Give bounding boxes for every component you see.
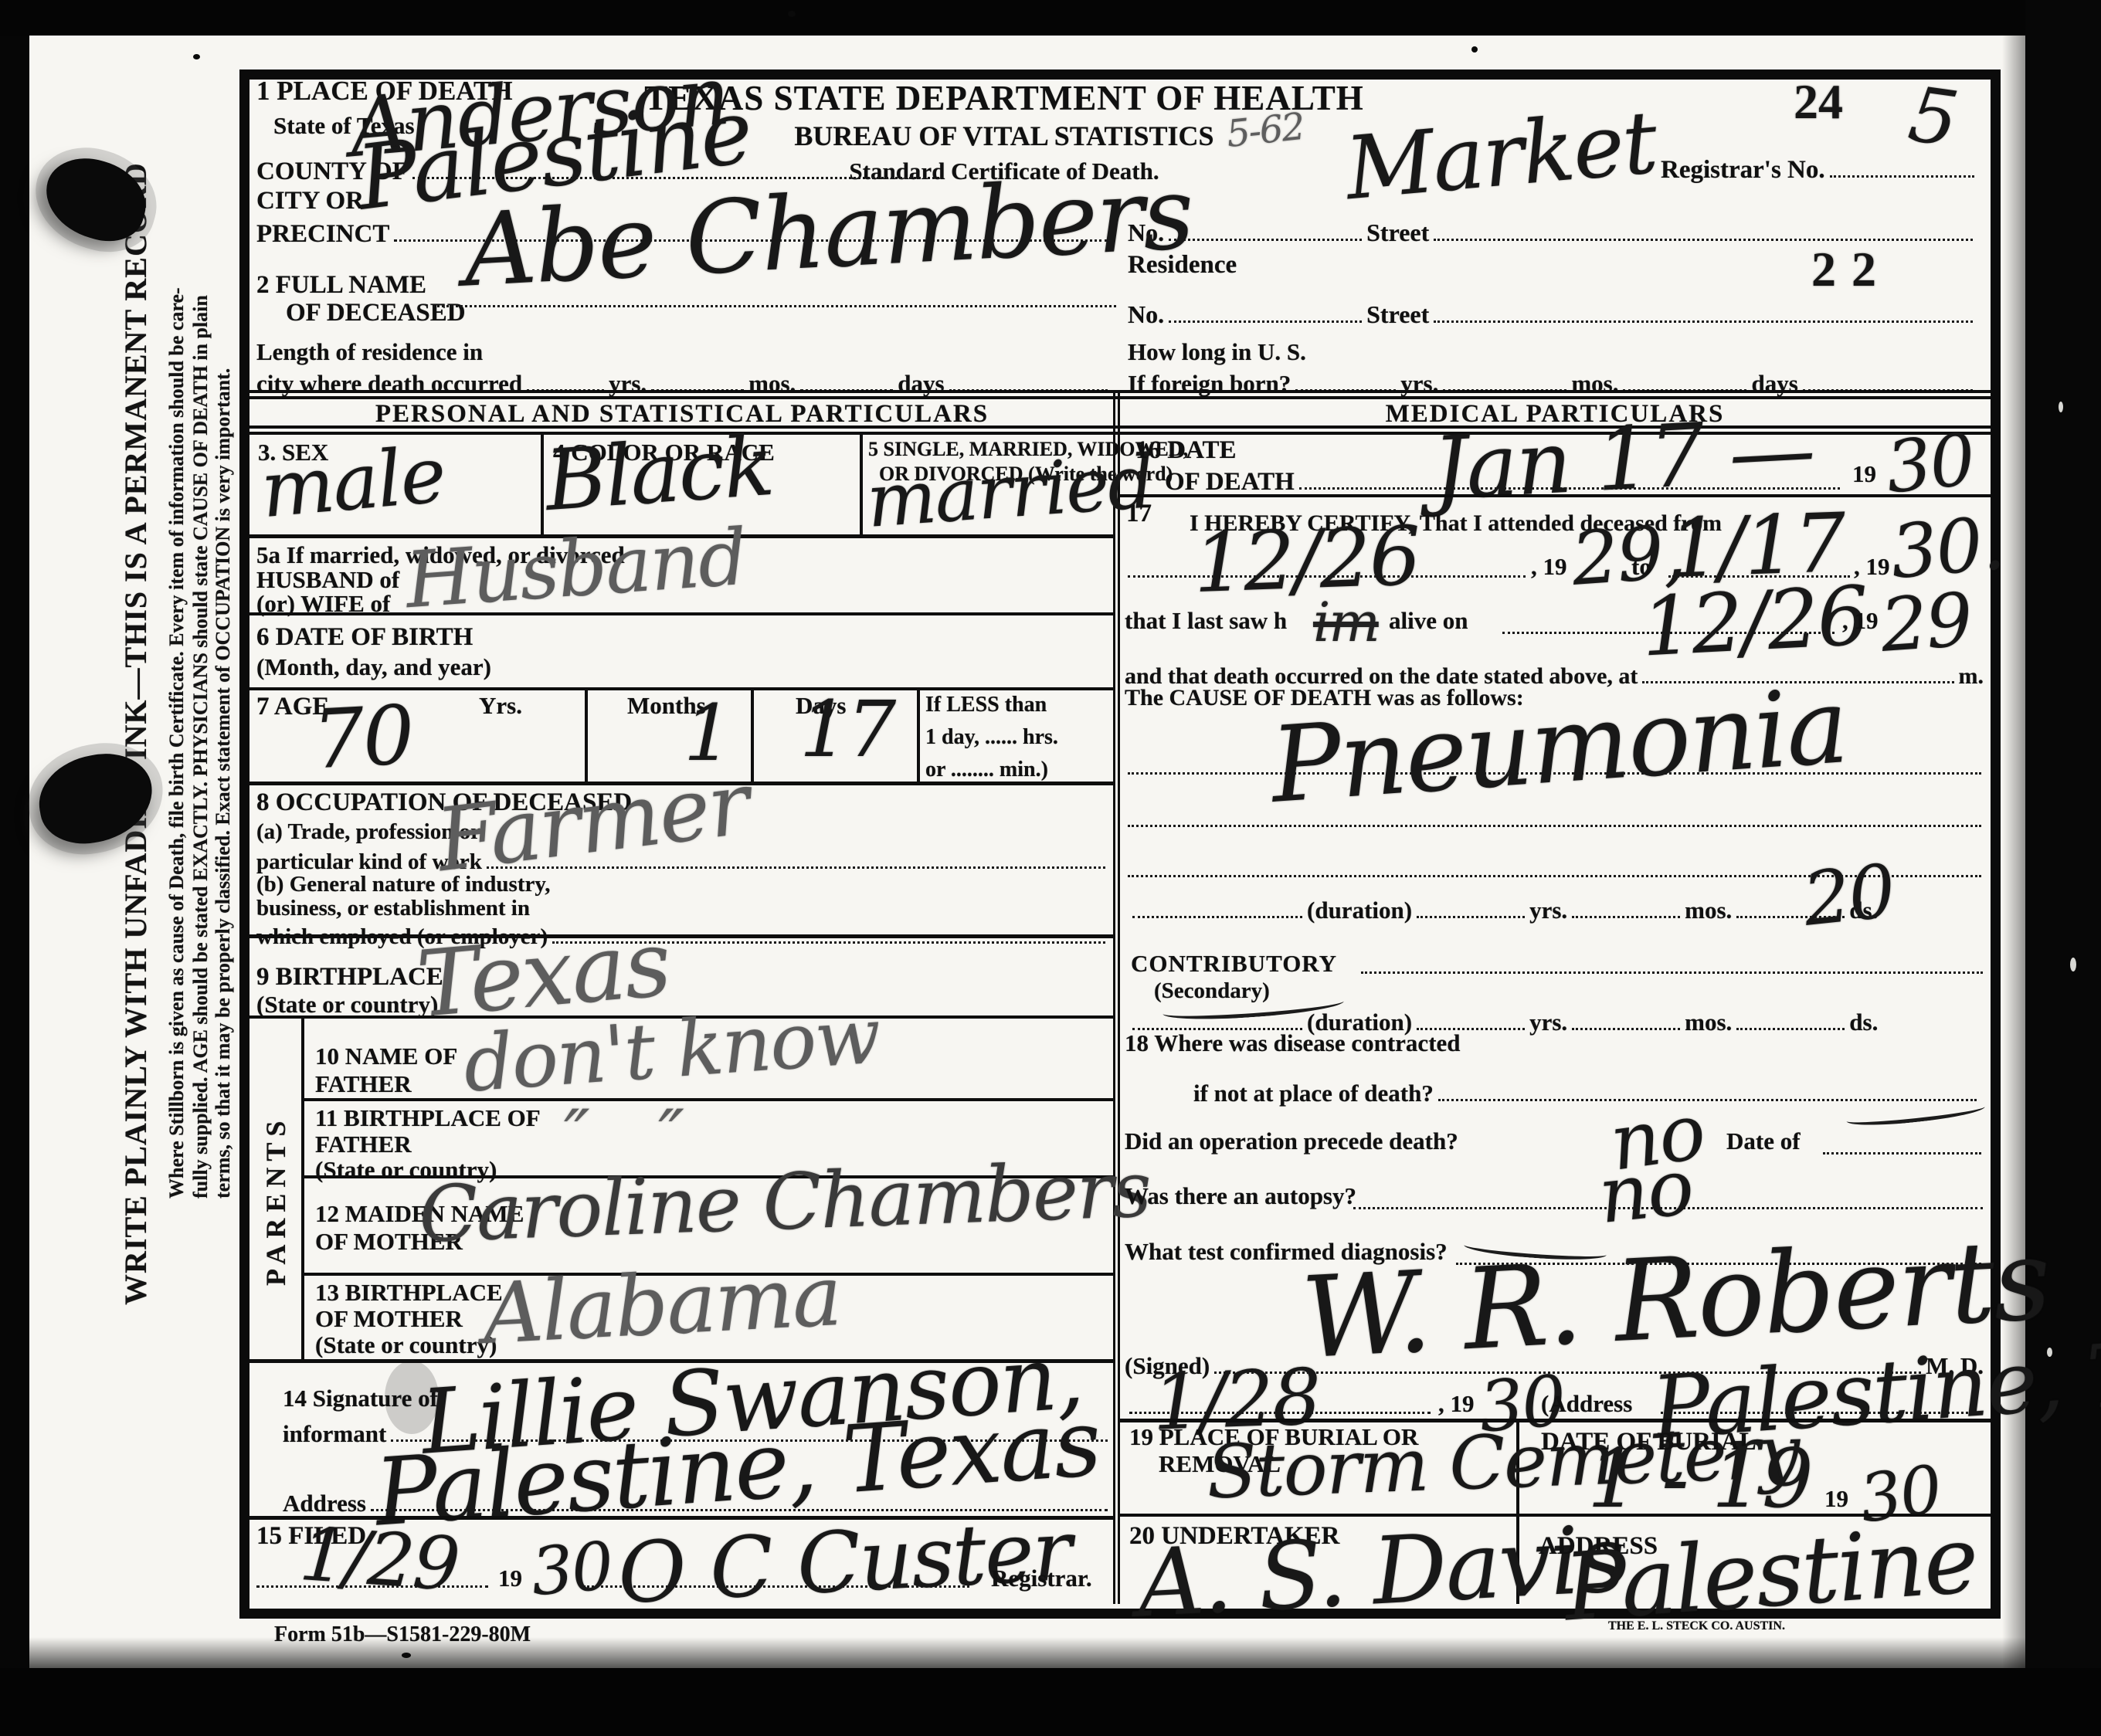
mother-birthplace-label-2: OF MOTHER (315, 1307, 463, 1332)
hl-line-c (1623, 365, 1746, 392)
length-residence-label-1: Length of residence in (256, 340, 483, 365)
duration2-yrs-label: yrs. (1529, 1009, 1567, 1036)
lr-line-d (949, 365, 1108, 392)
hl-mos-label: mos. (1571, 370, 1618, 398)
duration2-line-b (1417, 1004, 1525, 1030)
autopsy-label: Was there an autopsy? (1125, 1184, 1356, 1209)
burial-year-prefix: 19 (1824, 1487, 1848, 1512)
mother-name-value: Caroline Chambers (418, 1155, 1152, 1249)
registrar-label: Registrar. (991, 1566, 1092, 1592)
informant-label-2: informant (283, 1420, 386, 1448)
father-name-label-2: FATHER (315, 1072, 412, 1097)
age-less-label-3: or ........ min.) (925, 758, 1048, 781)
parents-label: PARENTS (260, 1115, 292, 1286)
date-of-death-label-1: 16 DATE (1135, 437, 1237, 464)
form-number: Form 51b—S1581-229-80M (274, 1623, 531, 1646)
lastsaw-him-scribble: im (1313, 598, 1379, 647)
mother-birthplace-label-1: 13 BIRTHPLACE (315, 1280, 503, 1306)
hl-line-a (1295, 365, 1396, 392)
marital-value: married (864, 449, 1155, 535)
speck (2047, 1348, 2052, 1357)
rule (1119, 494, 1991, 497)
printer-credit: THE E. L. STECK CO. AUSTIN. (1608, 1620, 1785, 1633)
address-paren-label: (Address (1541, 1392, 1632, 1417)
birthplace-label-2: (State or country) (256, 992, 438, 1018)
autopsy-value: no (1596, 1152, 1695, 1231)
filed-line-1 (256, 1585, 488, 1588)
rule (249, 934, 1115, 938)
street-label-2: Street (1366, 300, 1429, 329)
rule (304, 1098, 1115, 1101)
lastsaw-value: 12/26 (1640, 579, 1869, 664)
cell-divider (751, 690, 754, 782)
to-label: to (1631, 554, 1651, 580)
scan-bar-bottom (0, 1668, 2101, 1736)
margin-instruction-bold: WRITE PLAINLY WITH UNFADING INK—THIS IS … (117, 162, 154, 1305)
duration-line-a (1132, 892, 1302, 918)
duration2-line-c (1572, 1004, 1680, 1030)
father-name-label-1: 10 NAME OF (315, 1044, 457, 1070)
husband-label-2: HUSBAND of (256, 568, 399, 593)
cell-divider (917, 690, 920, 782)
no-label-2: No. (1128, 300, 1164, 329)
date-of-death-label-2: OF DEATH (1165, 468, 1295, 497)
mother-birthplace-label-3: (State or country) (315, 1333, 497, 1358)
ifnot-line (1438, 1075, 1977, 1101)
ifnot-label: if not at place of death? (1193, 1080, 1434, 1107)
m-label: m. (1959, 663, 1984, 690)
informant-label-1: 14 Signature of (283, 1386, 438, 1412)
father-birthplace-label-2: FATHER (315, 1132, 412, 1158)
cause-line-1 (1128, 772, 1981, 775)
cell-divider (860, 435, 863, 534)
hl-line-d (1803, 365, 1973, 392)
age-value: 70 (311, 699, 415, 777)
dod-year-value: 30 (1883, 428, 1977, 500)
lastsaw-year-prefix: , 19 (1842, 609, 1879, 634)
where-contracted-label: 18 Where was disease contracted (1125, 1031, 1461, 1056)
speck (402, 1653, 411, 1658)
column-divider (1113, 390, 1115, 1604)
registrar-no-stamp: 24 (1794, 73, 1843, 131)
contributory-line (1361, 971, 1983, 974)
fullname-label-1: 2 FULL NAME (256, 272, 426, 299)
street-value: Market (1342, 104, 1658, 209)
duration2-line-d (1736, 1004, 1845, 1030)
cell-divider (585, 690, 588, 782)
parents-divider (301, 1015, 304, 1359)
street-label-1: Street (1366, 219, 1429, 247)
attended-from-line (1128, 575, 1526, 578)
scanned-death-certificate: WRITE PLAINLY WITH UNFADING INK—THIS IS … (0, 0, 2101, 1736)
scan-bar-right (2025, 0, 2101, 1736)
duration2-mos-label: mos. (1685, 1009, 1732, 1036)
dob-label-1: 6 DATE OF BIRTH (256, 624, 473, 651)
filed-year-prefix: 19 (498, 1566, 522, 1592)
race-value: Black (543, 429, 775, 519)
filed-year-value: 30 (529, 1538, 614, 1603)
age-days-value: 17 (799, 695, 894, 765)
no-line-2 (1169, 296, 1362, 323)
attended-from-value: 12/26 (1192, 520, 1420, 601)
hl-days-label: days (1751, 370, 1797, 398)
fullname-label-2: OF DECEASED (286, 300, 466, 327)
lr-line-b (651, 365, 744, 392)
duration-line-c (1572, 892, 1680, 918)
birthplace-label-1: 9 BIRTHPLACE (256, 964, 443, 991)
father-name-value: don't know (462, 1001, 882, 1099)
date-of-operation-line (1823, 1152, 1981, 1155)
margin-instruction-line4: terms, so that it may be properly classi… (212, 368, 235, 1199)
lr-mos-label: mos. (748, 370, 796, 398)
margin-instruction-line2: Where Stillborn is given as cause of Dea… (165, 287, 188, 1199)
cause-line-2 (1128, 825, 1981, 827)
no-line-1 (1169, 214, 1362, 241)
rule (249, 612, 1115, 615)
hl-yrs-label: yrs. (1400, 370, 1438, 398)
occupation-b-label-1: (b) General nature of industry, (256, 873, 551, 896)
length-residence-label-2: city where death occurred (256, 370, 522, 398)
duration2-line-a (1132, 1004, 1302, 1030)
speck (788, 11, 796, 17)
lr-days-label: days (898, 370, 944, 398)
undertaker-address-value: Palestine (1562, 1518, 1980, 1630)
registrar-no-label: Registrar's No. (1661, 156, 1825, 185)
street-line-1 (1434, 214, 1973, 241)
signed-year-prefix: , 19 (1438, 1392, 1475, 1417)
to-year-value: 30. (1889, 511, 2006, 587)
occupation-b-label-2: business, or establishment in (256, 897, 530, 920)
scan-bar-left (0, 36, 29, 1736)
mother-birthplace-value: Alabama (481, 1259, 843, 1352)
age-yrs-label: Yrs. (479, 693, 522, 719)
howlong-label-2: If foreign born? (1128, 370, 1291, 398)
duration-days-value: 20 (1801, 859, 1897, 934)
scan-bar-top (0, 0, 2101, 36)
duration-label-1: (duration) (1307, 897, 1412, 924)
husband-value: Husband (403, 523, 748, 616)
lastsaw-label-2: alive on (1389, 609, 1468, 634)
dob-label-2: (Month, day, and year) (256, 655, 491, 680)
lastsaw-label-1: that I last saw h (1125, 609, 1287, 634)
contributory-label: CONTRIBUTORY (1131, 951, 1337, 977)
signed-date-line (1129, 1412, 1431, 1414)
speck (2059, 402, 2063, 412)
father-birthplace-value: ″ ″ (564, 1104, 708, 1167)
age-less-label-1: If LESS than (925, 693, 1047, 716)
hl-line-b (1443, 365, 1566, 392)
duration2-ds-label: ds. (1849, 1009, 1878, 1036)
duration-mos-label: mos. (1685, 897, 1732, 924)
duration-line-b (1417, 892, 1525, 918)
pencil-number: 5-62 (1225, 110, 1305, 151)
rule (249, 390, 1991, 393)
speck (193, 54, 200, 59)
from-year-prefix: , 19 (1531, 554, 1567, 580)
date-of-operation-label: Date of (1726, 1129, 1801, 1155)
speck (1471, 46, 1478, 53)
dod-year-prefix: 19 (1852, 462, 1876, 487)
operation-label: Did an operation precede death? (1125, 1129, 1458, 1155)
lr-line-c (800, 365, 893, 392)
registrar-signature: O C Custer (616, 1514, 1073, 1612)
residence-stamp: 22 (1811, 241, 1892, 298)
father-birthplace-label-1: 11 BIRTHPLACE OF (315, 1106, 541, 1131)
lr-line-a (527, 365, 604, 392)
city-or-label: CITY OR (256, 188, 364, 215)
street-row-2: No. Street (1128, 296, 1977, 329)
street-line-2 (1434, 296, 1973, 323)
ifnot-row: if not at place of death? (1193, 1075, 1981, 1107)
lr-yrs-label: yrs. (609, 370, 647, 398)
howlong-label-1: How long in U. S. (1128, 340, 1306, 365)
registrar-no-handwritten: 5 (1905, 80, 1960, 154)
speck (2070, 958, 2076, 971)
rule (249, 396, 1991, 399)
age-less-label-2: 1 day, ...... hrs. (925, 726, 1058, 748)
registrar-no-line (1830, 150, 1974, 178)
fullname-value: Abe Chambers (462, 168, 1195, 296)
duration-yrs-label: yrs. (1529, 897, 1567, 924)
sex-value: male (259, 440, 448, 525)
item-17-label: 17 (1126, 500, 1152, 527)
lastsaw-year-value: 29 (1879, 588, 1974, 659)
margin-instruction-line3: fully supplied. AGE should be stated EXA… (189, 295, 212, 1199)
burial-date-value: 1 - 19 (1587, 1443, 1812, 1516)
